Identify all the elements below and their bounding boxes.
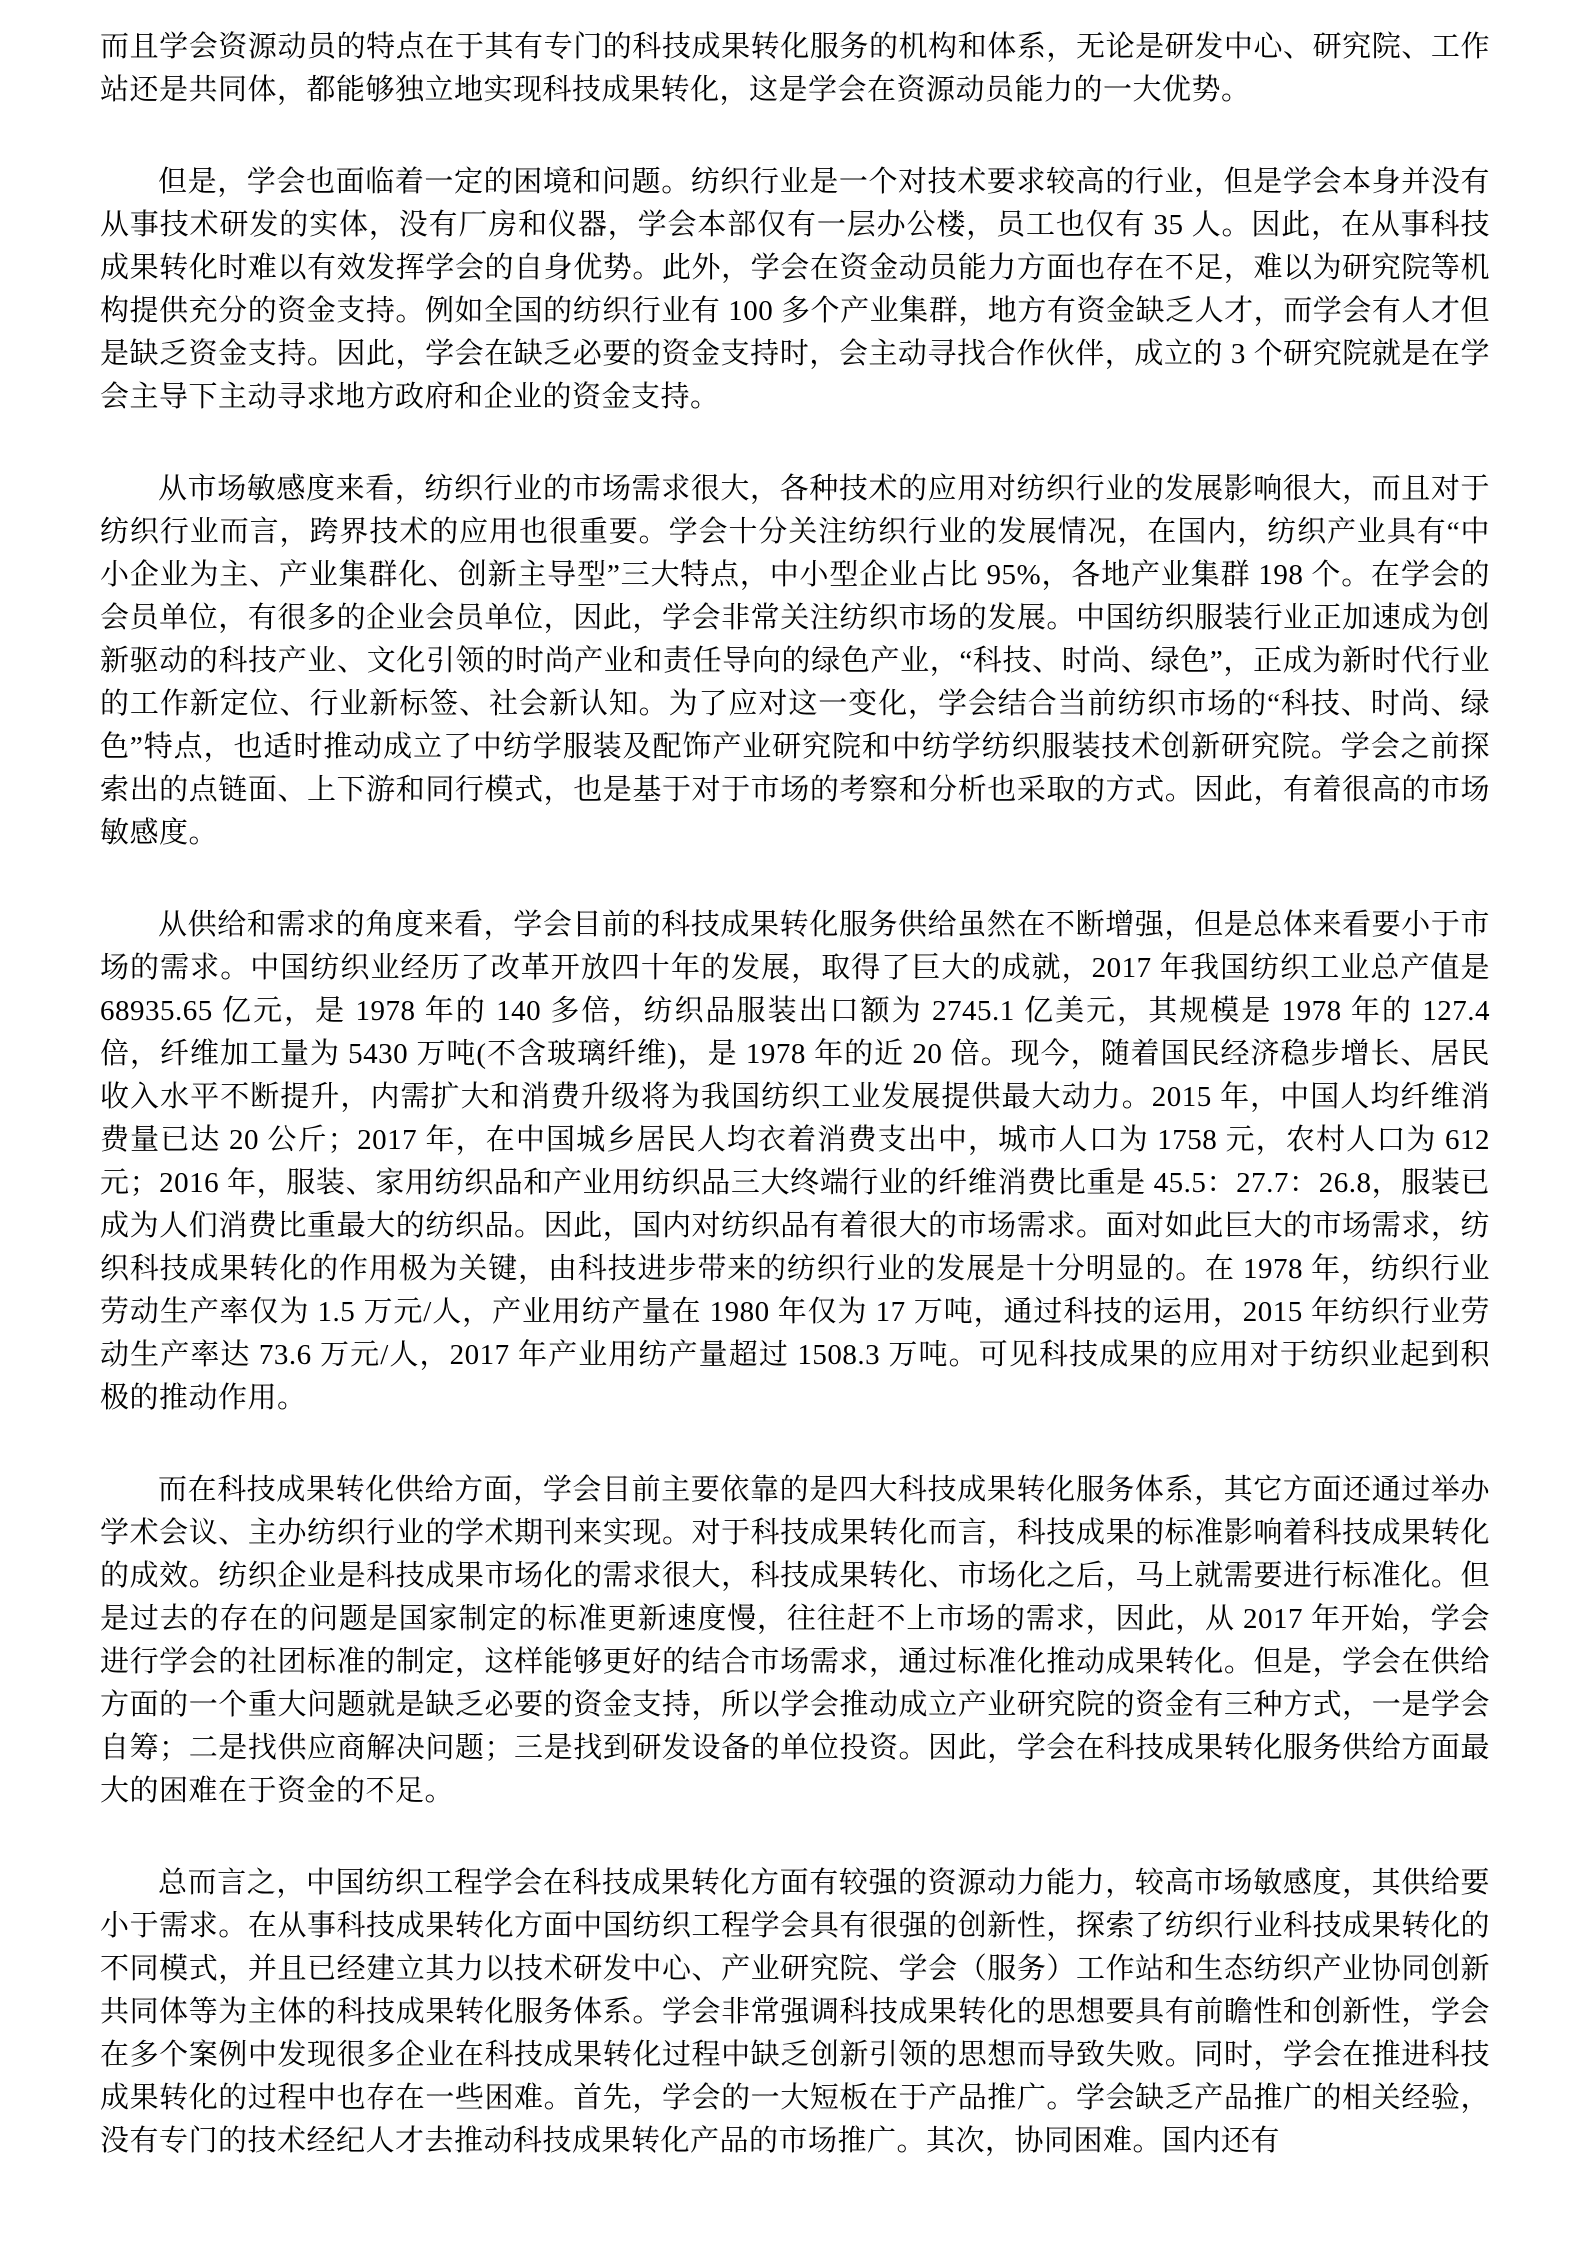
document-page: 而且学会资源动员的特点在于其有专门的科技成果转化服务的机构和体系，无论是研发中心… xyxy=(0,0,1587,2245)
paragraph: 但是，学会也面临着一定的困境和问题。纺织行业是一个对技术要求较高的行业，但是学会… xyxy=(100,161,1490,419)
paragraph: 从市场敏感度来看，纺织行业的市场需求很大，各种技术的应用对纺织行业的发展影响很大… xyxy=(100,468,1490,855)
paragraph: 而在科技成果转化供给方面，学会目前主要依靠的是四大科技成果转化服务体系，其它方面… xyxy=(100,1469,1490,1813)
paragraph-continuation: 而且学会资源动员的特点在于其有专门的科技成果转化服务的机构和体系，无论是研发中心… xyxy=(100,26,1490,112)
paragraph: 从供给和需求的角度来看，学会目前的科技成果转化服务供给虽然在不断增强，但是总体来… xyxy=(100,904,1490,1420)
paragraph: 总而言之，中国纺织工程学会在科技成果转化方面有较强的资源动力能力，较高市场敏感度… xyxy=(100,1862,1490,2163)
